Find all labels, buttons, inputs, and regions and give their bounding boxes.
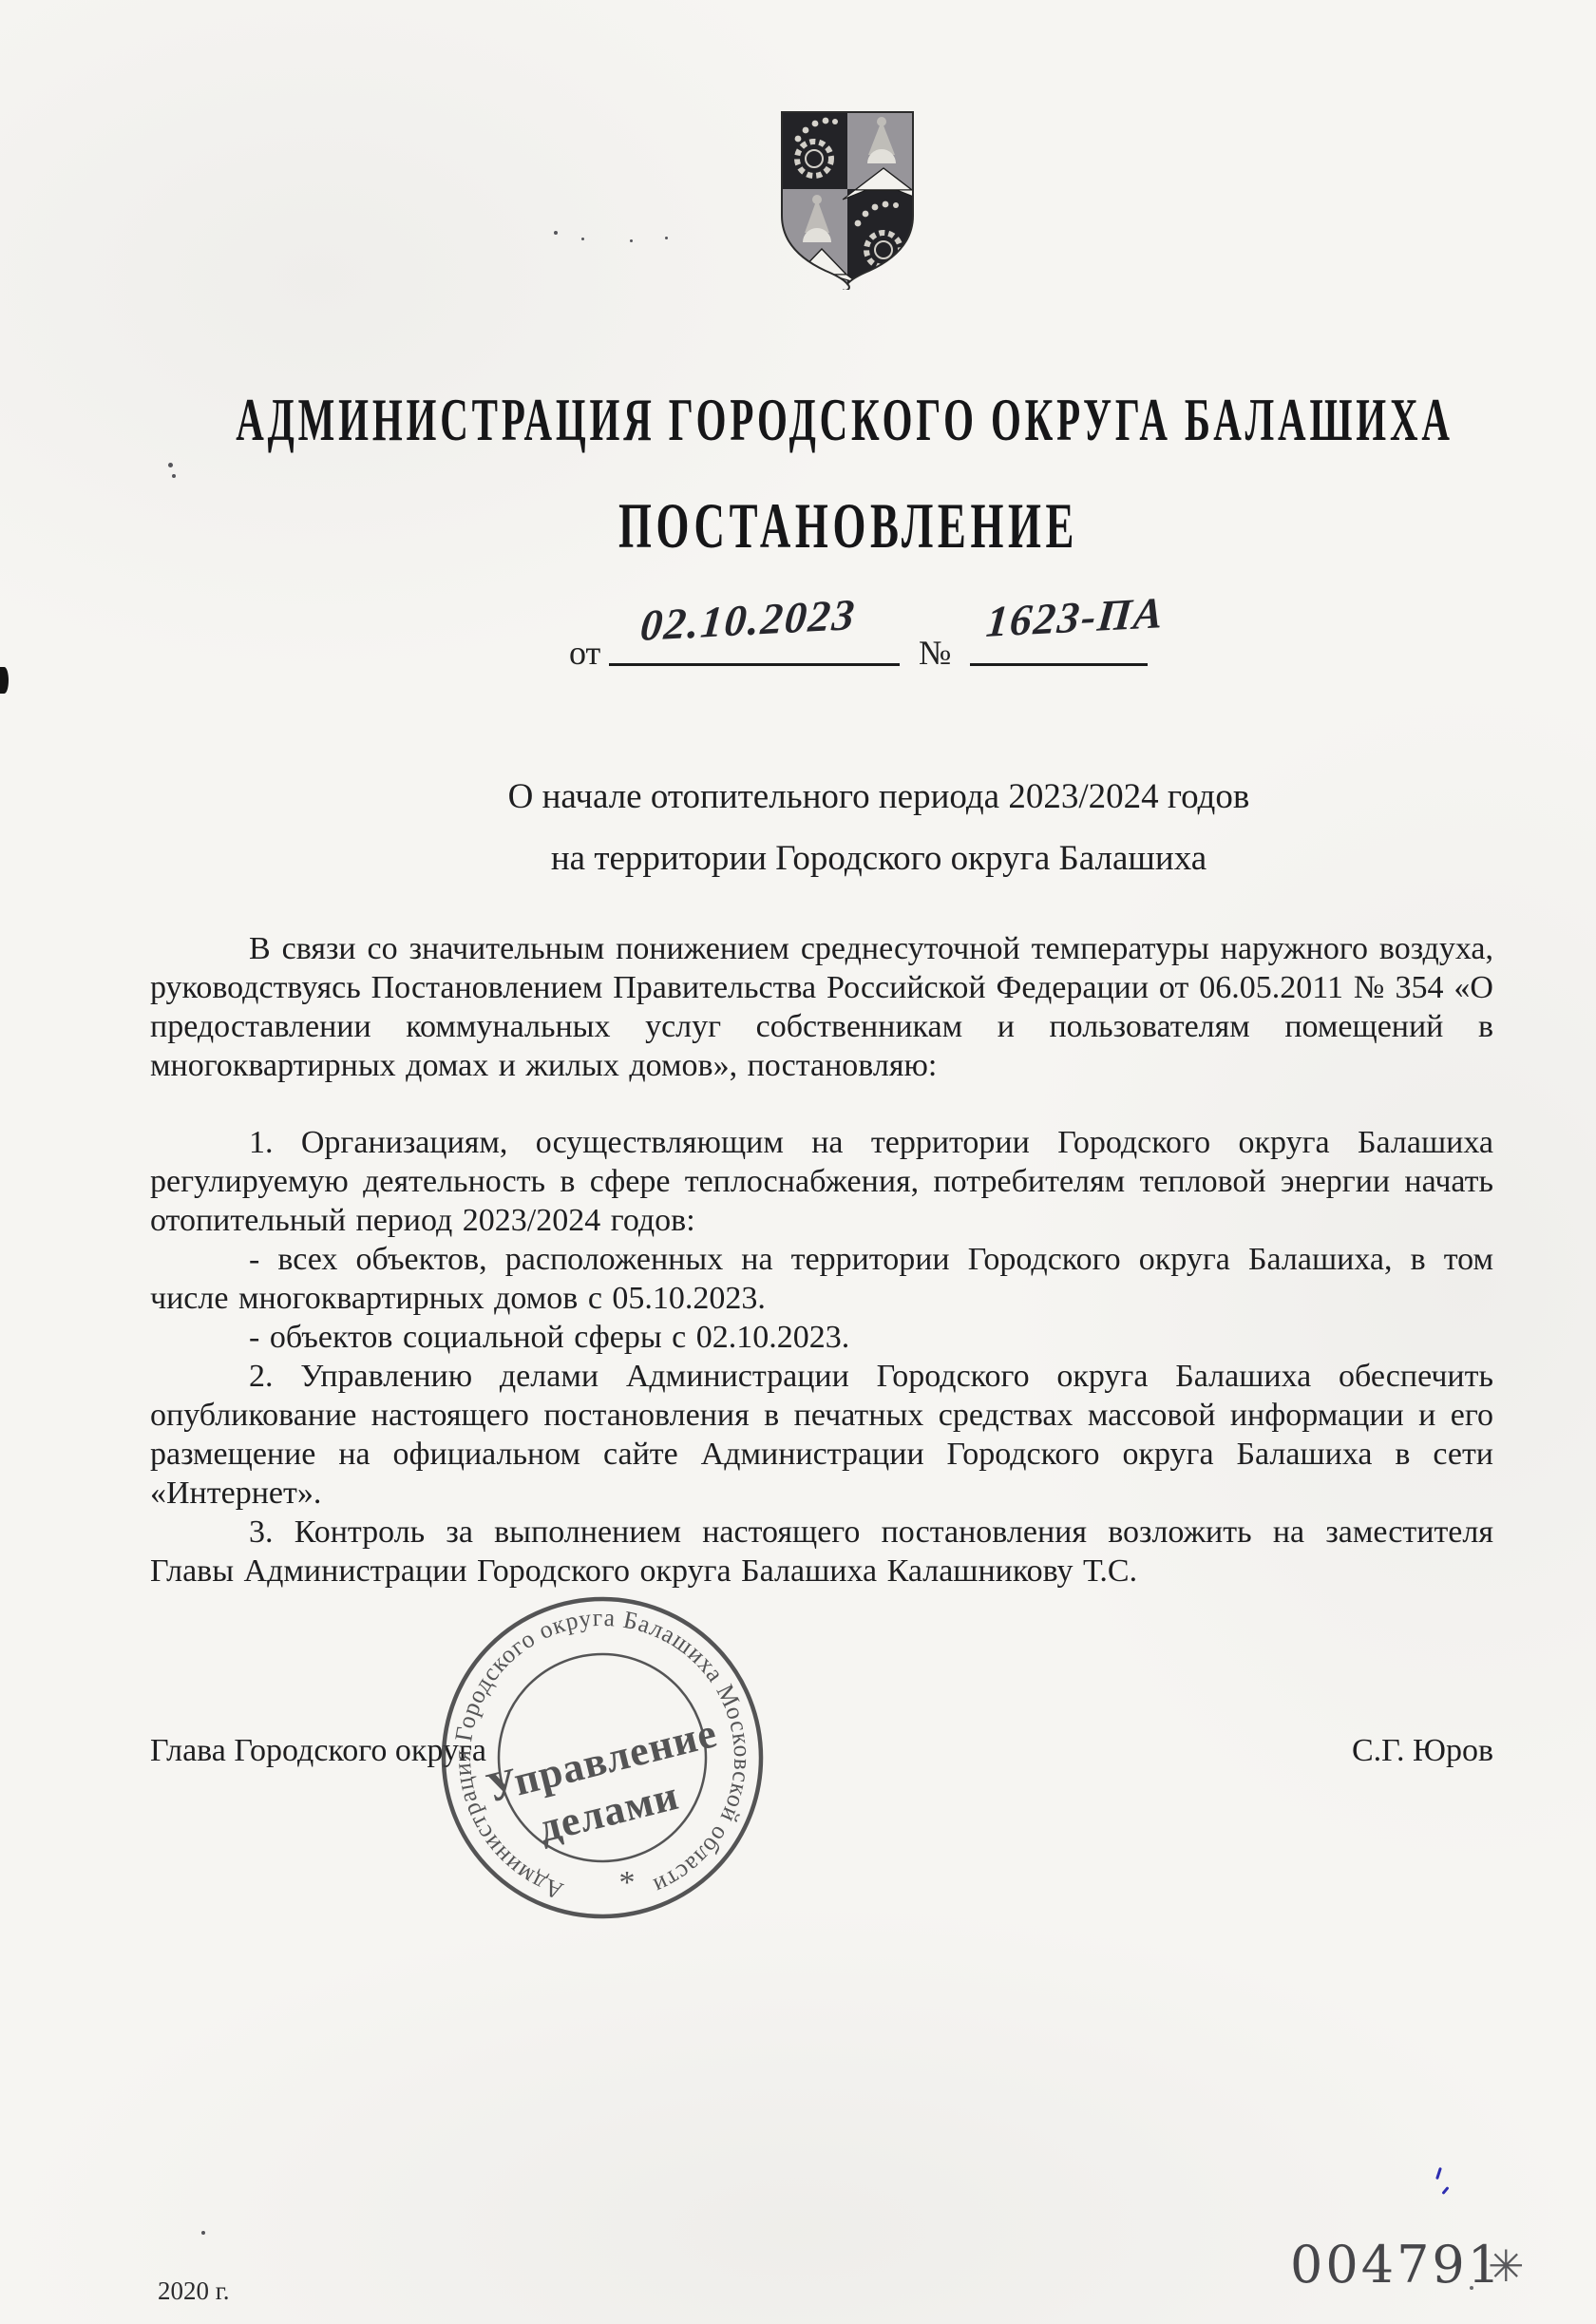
date-underline (609, 663, 900, 666)
number-handwritten-value: 1623-ПА (984, 587, 1167, 647)
stamp-asterisk: * (619, 1865, 636, 1900)
date-handwritten-value: 02.10.2023 (638, 589, 858, 651)
number-underline (970, 663, 1148, 666)
scan-speck (581, 238, 584, 240)
date-label: от (569, 633, 600, 673)
footer-year-note: 2020 г. (158, 2276, 230, 2306)
subject-line-1: О начале отопительного периода 2023/2024… (508, 766, 1250, 828)
scan-speck (172, 474, 176, 478)
scan-speck (665, 237, 668, 239)
scan-speck (1470, 2286, 1473, 2290)
body-paragraph: 3. Контроль за выполнением настоящего по… (150, 1513, 1493, 1591)
number-label: № (919, 633, 951, 673)
signature-row: Глава Городского округа С.Г. Юров (150, 1733, 1493, 1769)
scan-speck (201, 2231, 205, 2235)
signer-name: С.Г. Юров (1352, 1733, 1493, 1769)
ink-mark (1441, 2186, 1449, 2195)
body-paragraph: В связи со значительным понижением средн… (150, 929, 1493, 1085)
snowflake-ornament: ✳ (1488, 2240, 1525, 2292)
document-body: В связи со значительным понижением средн… (150, 929, 1493, 1591)
subject-line-2: на территории Городского округа Балашиха (508, 828, 1250, 889)
ink-mark (1435, 2167, 1442, 2180)
shield-tail (843, 284, 849, 290)
coat-of-arms-balashikha (776, 109, 919, 290)
scan-speck (554, 231, 558, 235)
signer-position: Глава Городского округа (150, 1733, 486, 1769)
scan-edge-mark (0, 667, 9, 694)
body-paragraph: - объектов социальной сферы с 02.10.2023… (150, 1318, 1493, 1357)
document-subject: О начале отопительного периода 2023/2024… (508, 766, 1250, 889)
body-paragraph: 2. Управлению делами Администрации Город… (150, 1357, 1493, 1513)
body-paragraph: - всех объектов, расположенных на террит… (150, 1240, 1493, 1318)
shield-quarter-4 (847, 189, 913, 290)
document-page: АДМИНИСТРАЦИЯ ГОРОДСКОГО ОКРУГА БАЛАШИХА… (0, 0, 1596, 2324)
body-paragraph: 1. Организациям, осуществляющим на терри… (150, 1123, 1493, 1240)
document-type-title: ПОСТАНОВЛЕНИЕ (618, 488, 1078, 563)
organization-name: АДМИНИСТРАЦИЯ ГОРОДСКОГО ОКРУГА БАЛАШИХА (236, 385, 1453, 455)
scan-speck (168, 463, 173, 467)
scan-speck (630, 239, 633, 242)
round-stamp: Администрация Городского округа Балашиха… (441, 1596, 764, 1919)
